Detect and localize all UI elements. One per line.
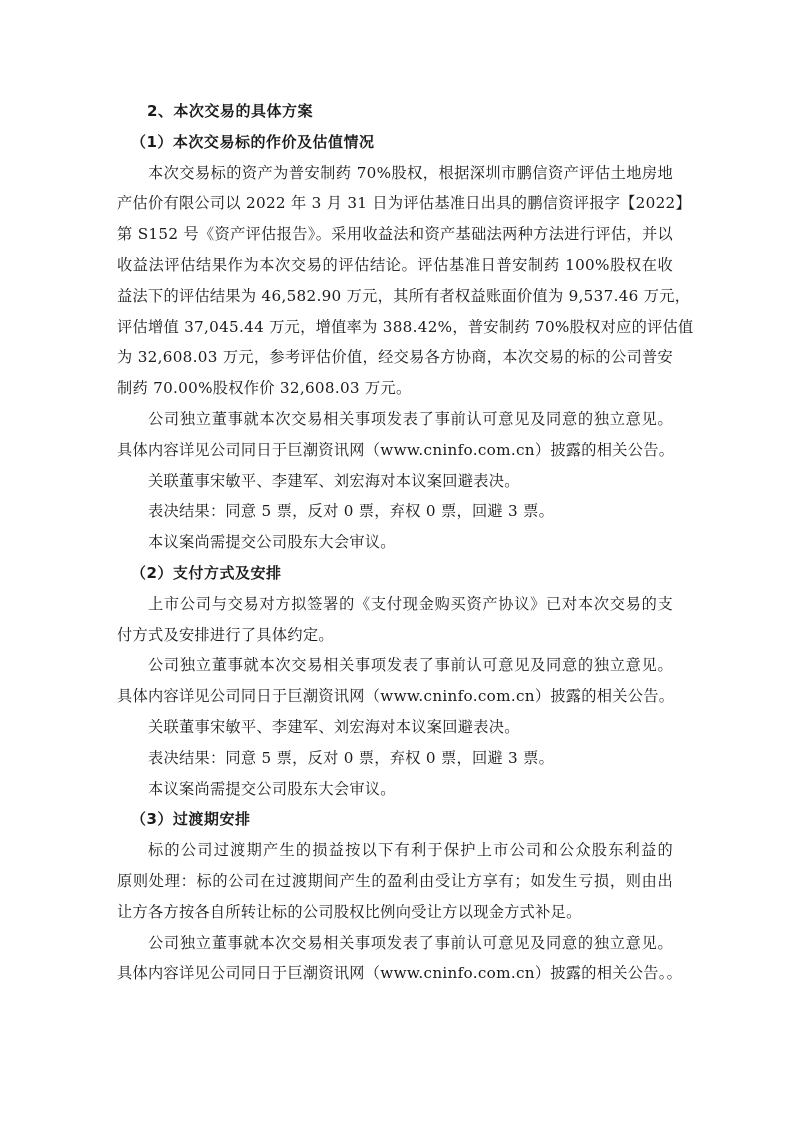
paragraph-line: 制药 70.00%股权作价 32,608.03 万元。 <box>117 373 673 404</box>
paragraph-line: 评估增值 37,045.44 万元，增值率为 388.42%，普安制药 70%股… <box>117 312 673 343</box>
vote-result: 表决结果：同意 5 票，反对 0 票，弃权 0 票，回避 3 票。 <box>117 743 673 774</box>
section-title: 2、本次交易的具体方案 <box>117 96 673 127</box>
recusal-statement: 关联董事宋敏平、李建军、刘宏海对本议案回避表决。 <box>117 712 673 743</box>
paragraph-line: 第 S152 号《资产评估报告》。采用收益法和资产基础法两种方法进行评估，并以 <box>117 219 673 250</box>
independent-director-opinion: 公司独立董事就本次交易相关事项发表了事前认可意见及同意的独立意见。 <box>117 650 673 681</box>
subsection-heading-valuation: （1）本次交易标的作价及估值情况 <box>117 127 673 158</box>
paragraph-line: 原则处理：标的公司在过渡期间产生的盈利由受让方享有；如发生亏损，则由出 <box>117 866 673 897</box>
paragraph-line: 为 32,608.03 万元，参考评估价值，经交易各方协商，本次交易的标的公司普… <box>117 342 673 373</box>
independent-director-opinion: 公司独立董事就本次交易相关事项发表了事前认可意见及同意的独立意见。 <box>117 928 673 959</box>
disclosure-reference: 具体内容详见公司同日于巨潮资讯网（www.cninfo.com.cn）披露的相关… <box>117 435 673 466</box>
approval-requirement: 本议案尚需提交公司股东大会审议。 <box>117 774 673 805</box>
recusal-statement: 关联董事宋敏平、李建军、刘宏海对本议案回避表决。 <box>117 466 673 497</box>
paragraph-line: 产估价有限公司以 2022 年 3 月 31 日为评估基准日出具的鹏信资评报字【… <box>117 188 673 219</box>
paragraph-line: 标的公司过渡期产生的损益按以下有利于保护上市公司和公众股东利益的 <box>117 835 673 866</box>
paragraph-line: 益法下的评估结果为 46,582.90 万元，其所有者权益账面价值为 9,537… <box>117 281 673 312</box>
document-page: 2、本次交易的具体方案 （1）本次交易标的作价及估值情况 本次交易标的资产为普安… <box>117 96 673 989</box>
paragraph-line: 本次交易标的资产为普安制药 70%股权，根据深圳市鹏信资产评估土地房地 <box>117 158 673 189</box>
paragraph-line: 让方各方按各自所转让标的公司股权比例向受让方以现金方式补足。 <box>117 897 673 928</box>
paragraph-line: 上市公司与交易对方拟签署的《支付现金购买资产协议》已对本次交易的支 <box>117 589 673 620</box>
disclosure-reference: 具体内容详见公司同日于巨潮资讯网（www.cninfo.com.cn）披露的相关… <box>117 681 673 712</box>
approval-requirement: 本议案尚需提交公司股东大会审议。 <box>117 527 673 558</box>
independent-director-opinion: 公司独立董事就本次交易相关事项发表了事前认可意见及同意的独立意见。 <box>117 404 673 435</box>
disclosure-reference: 具体内容详见公司同日于巨潮资讯网（www.cninfo.com.cn）披露的相关… <box>117 958 673 989</box>
subsection-heading-payment: （2）支付方式及安排 <box>117 558 673 589</box>
vote-result: 表决结果：同意 5 票，反对 0 票，弃权 0 票，回避 3 票。 <box>117 496 673 527</box>
paragraph-line: 付方式及安排进行了具体约定。 <box>117 620 673 651</box>
paragraph-line: 收益法评估结果作为本次交易的评估结论。评估基准日普安制药 100%股权在收 <box>117 250 673 281</box>
subsection-heading-transition: （3）过渡期安排 <box>117 804 673 835</box>
